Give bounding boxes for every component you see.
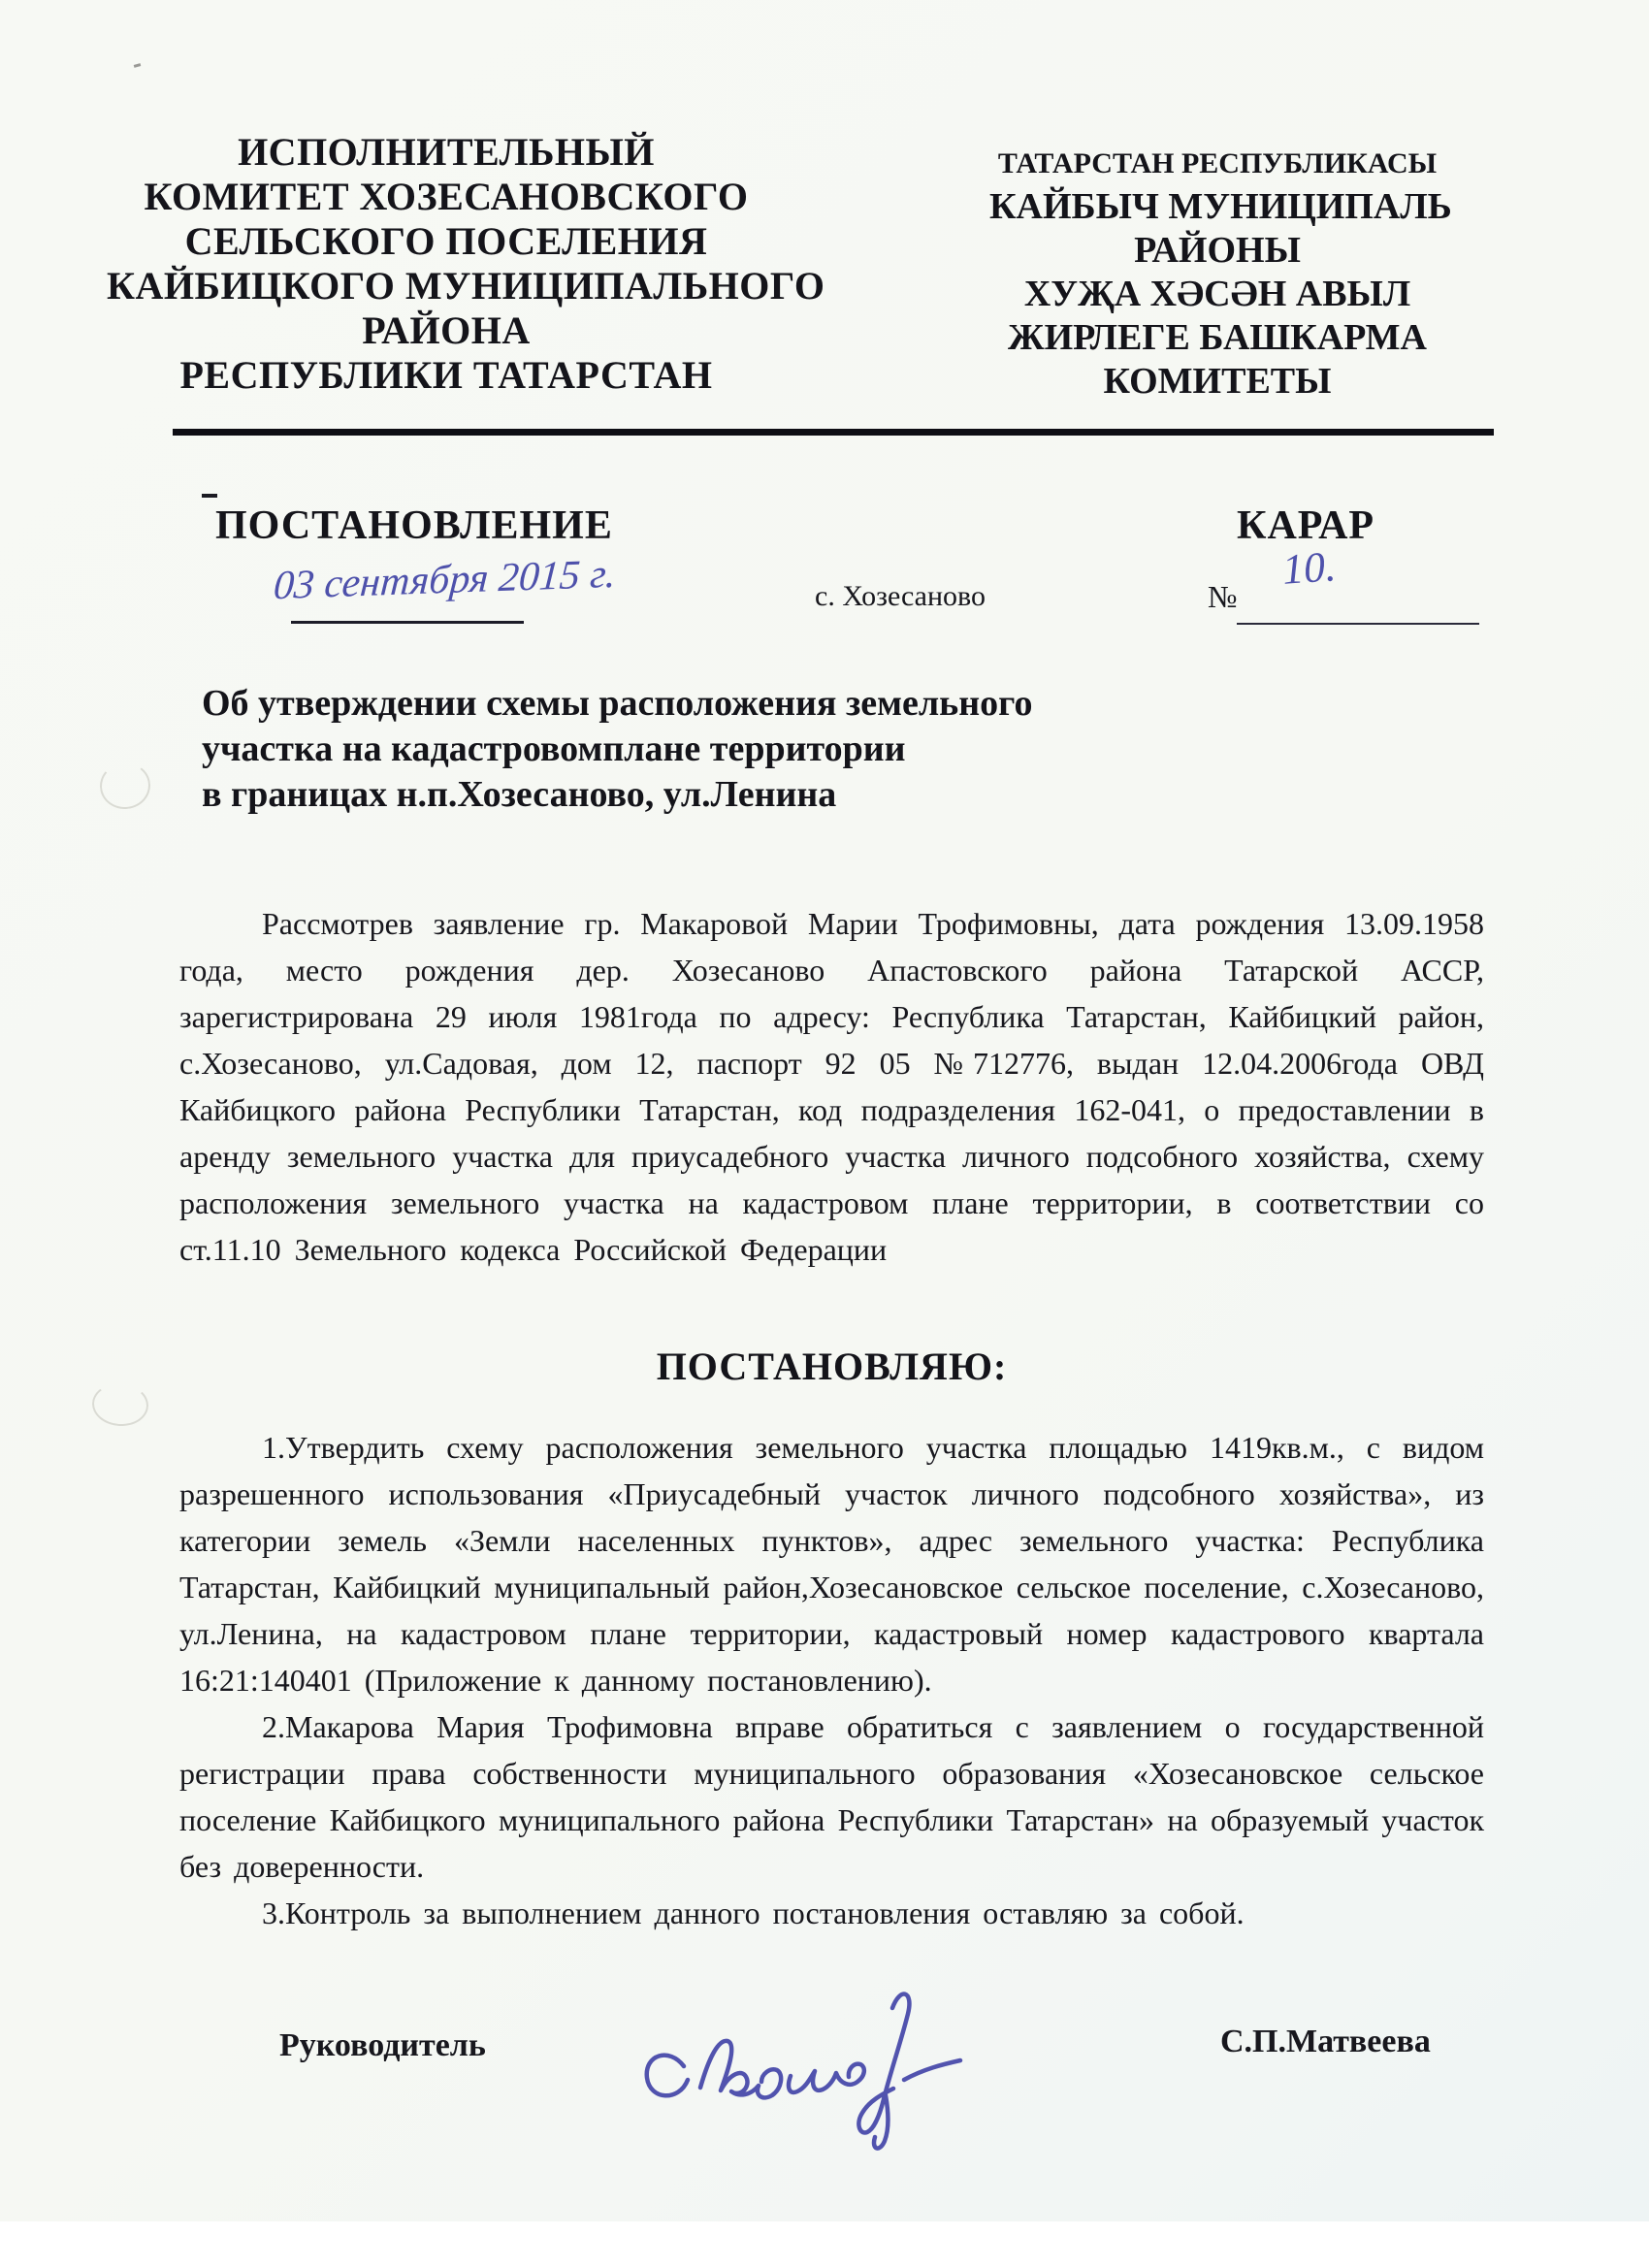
number-sign: №	[1208, 579, 1238, 615]
scan-speck	[134, 63, 142, 68]
org-name-russian: ИСПОЛНИТЕЛЬНЫЙ КОМИТЕТ ХОЗЕСАНОВСКОГО СЕ…	[107, 130, 786, 398]
org-line: РАЙОНА	[107, 308, 786, 353]
place-label: с. Хозесаново	[815, 580, 986, 613]
preamble-paragraph: Рассмотрев заявление гр. Макаровой Марии…	[179, 900, 1484, 1273]
resolution-items: 1.Утвердить схему расположения земельног…	[179, 1424, 1484, 1936]
org-line: ИСПОЛНИТЕЛЬНЫЙ	[107, 130, 786, 175]
org-line: КАЙБИЦКОГО МУНИЦИПАЛЬНОГО	[107, 264, 786, 308]
document-title: Об утверждении схемы расположения земель…	[202, 681, 1172, 818]
doc-type-label-tatar: КАРАР	[1237, 502, 1374, 549]
org-line: КАЙБЫЧ МУНИЦИПАЛЬ	[989, 185, 1445, 229]
number-underline	[1237, 623, 1479, 625]
paper-sheet: ИСПОЛНИТЕЛЬНЫЙ КОМИТЕТ ХОЗЕСАНОВСКОГО СЕ…	[0, 0, 1649, 2221]
org-name-tatar: ТАТАРСТАН РЕСПУБЛИКАСЫ КАЙБЫЧ МУНИЦИПАЛЬ…	[989, 142, 1445, 404]
resolution-item-3: 3.Контроль за выполнением данного постан…	[179, 1890, 1484, 1936]
resolution-item-2: 2.Макарова Мария Трофимовна вправе обрат…	[179, 1703, 1484, 1890]
handwritten-date: 03 сентября 2015 г.	[272, 551, 617, 609]
handwritten-number: 10.	[1280, 541, 1337, 595]
scan-artifact-curve	[91, 1381, 150, 1428]
org-line: ХУҖА ХӘСӘН АВЫЛ	[989, 273, 1445, 316]
scan-artifact-curve	[98, 760, 153, 811]
signature-name: С.П.Матвеева	[1220, 2024, 1431, 2060]
doc-type-label-ru: ПОСТАНОВЛЕНИЕ	[215, 502, 613, 549]
handwritten-signature	[592, 1971, 980, 2194]
stray-pen-mark	[202, 494, 217, 498]
title-line: участка на кадастровомплане территории	[202, 727, 1172, 772]
date-underline	[291, 621, 524, 624]
org-line: СЕЛЬСКОГО ПОСЕЛЕНИЯ	[107, 219, 786, 264]
signature-role-label: Руководитель	[279, 2027, 486, 2064]
org-line: КОМИТЕТ ХОЗЕСАНОВСКОГО	[107, 175, 786, 219]
scanned-resolution-document: ИСПОЛНИТЕЛЬНЫЙ КОМИТЕТ ХОЗЕСАНОВСКОГО СЕ…	[0, 0, 1649, 2268]
org-line: РАЙОНЫ	[989, 229, 1445, 273]
title-line: Об утверждении схемы расположения земель…	[202, 681, 1172, 727]
resolution-item-1: 1.Утвердить схему расположения земельног…	[179, 1424, 1484, 1703]
org-line: РЕСПУБЛИКИ ТАТАРСТАН	[107, 353, 786, 398]
divider-line	[173, 429, 1494, 436]
org-line: ЖИРЛЕГЕ БАШКАРМА	[989, 316, 1445, 360]
org-line: КОМИТЕТЫ	[989, 360, 1445, 404]
title-line: в границах н.п.Хозесаново, ул.Ленина	[202, 772, 1172, 818]
org-line: ТАТАРСТАН РЕСПУБЛИКАСЫ	[989, 142, 1445, 185]
resolution-heading: ПОСТАНОВЛЯЮ:	[179, 1344, 1484, 1389]
